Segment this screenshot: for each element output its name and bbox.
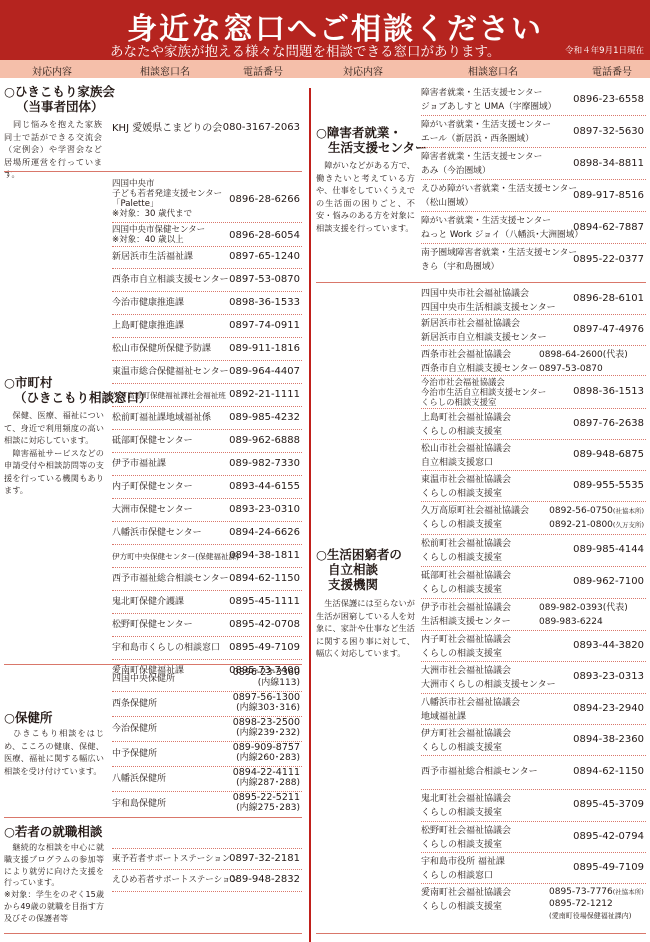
table-row: 内子町社会福祉協議会くらしの相談支援室0893-44-3820: [421, 631, 646, 662]
table-row: 砥部町社会福祉協議会くらしの相談支援室089-962-7100: [421, 567, 646, 599]
table-row: 松山市保健所保健予防課 089-911-1816: [112, 338, 302, 361]
table-row: 砥部町保健センター 089-962-6888: [112, 430, 302, 453]
table-row: 伊方町社会福祉協議会くらしの相談支援室0894-38-2360: [421, 725, 646, 756]
table-row: 新居浜市社会福祉協議会新居浜市自立相談支援センター0897-47-4976: [421, 315, 646, 346]
table-row: 上島町社会福祉協議会くらしの相談支援室0897-76-2638: [421, 409, 646, 440]
section-desc-youth: 継続的な相談を中心に就職支援プログラムの参加等により就労に向けた支援を行っていま…: [4, 842, 104, 925]
header-office-right: 相談窓口名: [468, 63, 518, 78]
section-desc-disability: 障がいなどがある方で、働きたいと考えている方や、仕事をしていくうえでの生活面の困…: [316, 159, 415, 234]
section-divider: [4, 817, 302, 818]
page-subtitle: あなたや家族が抱える様々な問題を相談できる窓口があります。: [110, 40, 500, 60]
header-content-right: 対応内容: [343, 63, 383, 78]
section-title-family: ○ひきこもり家族会 （当事者団体）: [4, 84, 115, 114]
table-row: 愛南町社会福祉協議会くらしの相談支援室 0895-73-7776(社協本所)08…: [421, 884, 646, 923]
table-row: 大洲市保健センター 0893-23-0310: [112, 499, 302, 522]
table-row: 障害者就業・生活支援センターあみ（今治圏域） 0898-34-8811: [421, 148, 646, 180]
table-row: 内子町保健センター 0893-44-6155: [112, 476, 302, 499]
table-row: 松山市社会福祉協議会自立相談支援窓口089-948-6875: [421, 440, 646, 471]
section-desc-health-center: ひきこもり相談をはじめ、こころの健康、保健、医療、福祉に関する幅広い相談を受け付…: [4, 727, 104, 777]
table-row: 八幡浜保健所 0894-22-4111 (内線287･288): [112, 767, 302, 792]
table-row: えひめ若者サポートステーション 089-948-2832: [112, 870, 302, 892]
table-row: 久万高原町社会福祉協議会くらしの相談支援室 0892-56-0750(社協本所)…: [421, 502, 646, 535]
table-row: 八幡浜市保健センター 0894-24-6626: [112, 522, 302, 545]
section-divider: [4, 664, 302, 665]
table-row: 西条市自立相談支援センター 0897-53-0870: [112, 269, 302, 292]
table-row: 中予保健所 089-909-8757 (内線260･283): [112, 742, 302, 767]
section-divider: [4, 171, 302, 172]
column-headers: 対応内容 相談窓口名 電話番号 対応内容 相談窓口名 電話番号: [0, 60, 650, 78]
header-phone-right: 電話番号: [592, 63, 632, 78]
section-divider: [316, 933, 646, 934]
table-row: 西条市社会福祉協議会西条市自立相談支援センター 0898-64-2600(代表)…: [421, 346, 646, 376]
table-row: 西予市福祉総合相談センター 0894-62-1150: [112, 568, 302, 591]
table-row: 松野町保健センター 0895-42-0708: [112, 614, 302, 637]
section-divider: [316, 282, 646, 283]
table-row: 四国中央保健所 0896-23-3360 (内線113): [112, 667, 302, 692]
section-title-health-center: ○保健所: [4, 710, 52, 725]
as-of-date: 令和４年9月1日現在: [565, 44, 644, 56]
table-row: 今治市健康推進課 0898-36-1533: [112, 292, 302, 315]
table-row: 障がい者就業・生活支援センターエール（新居浜・西条圏域） 0897-32-563…: [421, 116, 646, 148]
section-title-livelihood: ○生活困窮者の 自立相談 支援機関: [316, 547, 402, 592]
section-title-disability: ○障害者就業・ 生活支援センター: [316, 125, 428, 155]
table-row: 松前町福祉課地域福祉係 089-985-4232: [112, 407, 302, 430]
table-row: 障害者就業・生活支援センタージョブあしすと UMA（宇摩圏域） 0896-23-…: [421, 84, 646, 116]
table-row: 障がい者就業・生活支援センターねっと Work ジョイ（八幡浜･大洲圏域） 08…: [421, 212, 646, 244]
table-row: 上島町健康推進課 0897-74-0911: [112, 315, 302, 338]
header-office-left: 相談窓口名: [140, 63, 190, 78]
table-row: 西条保健所 0897-56-1300 (内線303･316): [112, 692, 302, 717]
column-divider: [309, 88, 311, 942]
table-row: 東予若者サポートステーション 0897-32-2181: [112, 848, 302, 870]
section-desc-livelihood: 生活保護には至らないが生活が困窮している人を対象に、家計や仕事など生活に関する困…: [316, 597, 415, 660]
table-row: 鬼北町保健介護課 0895-45-1111: [112, 591, 302, 614]
table-row: 八幡浜市社会福祉協議会地域福祉課0894-23-2940: [421, 694, 646, 725]
table-row: 新居浜市生活福祉課 0897-65-1240: [112, 246, 302, 269]
table-row: 今治保健所 0898-23-2500 (内線239･232): [112, 717, 302, 742]
table-row: 今治市社会福祉協議会今治市生活自立相談支援センターくらしの相談支援室0898-3…: [421, 376, 646, 409]
section-desc-municipal: 保健、医療、福祉について、身近で利用頻度の高い相談に対応しています。 障害福祉サ…: [4, 409, 104, 497]
section-divider: [4, 933, 302, 934]
table-row: 松前町社会福祉協議会くらしの相談支援室089-985-4144: [421, 535, 646, 567]
table-row: 宇和島市役所 福祉課くらしの相談窓口0895-49-7109: [421, 853, 646, 884]
table-row: 四国中央市社会福祉協議会四国中央市生活相談支援センター0896-28-6101: [421, 285, 646, 315]
section-title-municipal: ○市町村 （ひきこもり相談窓口）: [4, 375, 152, 405]
table-row: 四国中央市保健センター ※対象：40 歳以上 0896-28-6054: [112, 223, 302, 247]
section-title-youth: ○若者の就職相談: [4, 824, 102, 839]
table-row: KHJ 愛媛県こまどりの会 080-3167-2063: [112, 118, 302, 140]
table-row: 伊方町中央保健センター(保健福祉課) 0894-38-1811: [112, 545, 302, 568]
table-row: 宇和島保健所 0895-22-5211 (内線275･283): [112, 792, 302, 817]
table-row: えひめ障がい者就業・生活支援センター（松山圏域） 089-917-8516: [421, 180, 646, 212]
table-row: 南予圏域障害者就業・生活支援センターきら（宇和島圏域） 0895-22-0377: [421, 244, 646, 276]
table-row: 四国中央市 子ども若者発達支援センター 「Palette」 ※対象：30 歳代ま…: [112, 178, 302, 223]
table-row: 西予市福祉総合相談センター0894-62-1150: [421, 756, 646, 790]
header-content-left: 対応内容: [32, 63, 72, 78]
table-row: 東温市社会福祉協議会くらしの相談支援室089-955-5535: [421, 471, 646, 502]
table-row: 鬼北町社会福祉協議会くらしの相談支援室0895-45-3709: [421, 790, 646, 822]
table-row: 伊予市社会福祉協議会生活相談支援センター 089-982-0393(代表)089…: [421, 599, 646, 631]
table-row: 宇和島市くらしの相談窓口 0895-49-7109: [112, 637, 302, 660]
table-row: 伊予市福祉課 089-982-7330: [112, 453, 302, 476]
table-row: 大洲市社会福祉協議会大洲市くらしの相談支援センター0893-23-0313: [421, 662, 646, 694]
header-banner: 身近な窓口へご相談ください あなたや家族が抱える様々な問題を相談できる窓口があり…: [0, 0, 650, 60]
header-phone-left: 電話番号: [243, 63, 283, 78]
table-row: 松野町社会福祉協議会くらしの相談支援室0895-42-0794: [421, 822, 646, 853]
